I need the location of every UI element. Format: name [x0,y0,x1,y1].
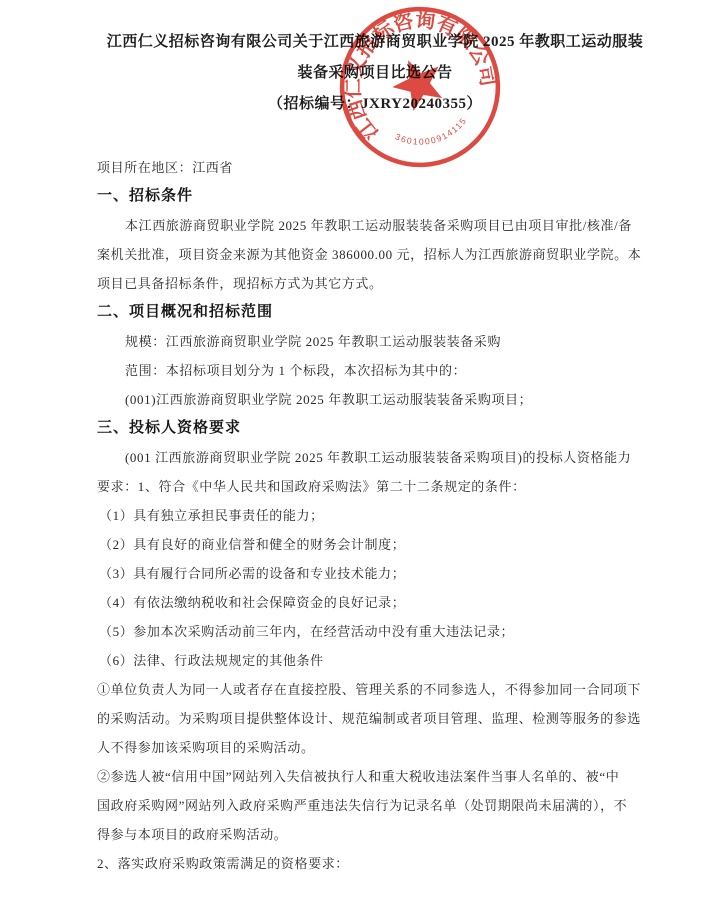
doc-line: 二、项目概况和招标范围 [97,298,653,327]
doc-line: （1）具有独立承担民事责任的能力； [97,501,653,530]
doc-line: ②参选人被“信用中国”网站列入失信被执行人和重大税收违法案件当事人名单的、被“中 [97,762,653,791]
doc-line: （6）法律、行政法规规定的其他条件 [97,646,653,675]
document-title-line-2: 装备采购项目比选公告 [97,58,653,89]
doc-line: 三、投标人资格要求 [97,414,653,443]
doc-line: （3）具有履行合同所必需的设备和专业技术能力； [97,559,653,588]
doc-line: 人不得参加该采购项目的采购活动。 [97,733,653,762]
doc-line: 一、招标条件 [97,182,653,211]
document-title: 江西仁义招标咨询有限公司关于江西旅游商贸职业学院 2025 年教职工运动服装 装… [97,27,653,120]
doc-line: 项目所在地区：江西省 [97,153,653,182]
doc-line: （4）有依法缴纳税收和社会保障资金的良好记录； [97,588,653,617]
doc-line: 得参与本项目的政府采购活动。 [97,820,653,849]
doc-line: 项目已具备招标条件，现招标方式为其它方式。 [97,269,653,298]
doc-line: 本江西旅游商贸职业学院 2025 年教职工运动服装装备采购项目已由项目审批/核准… [97,211,653,240]
doc-line: (001)江西旅游商贸职业学院 2025 年教职工运动服装装备采购项目； [97,385,653,414]
doc-lines: 项目所在地区：江西省一、招标条件本江西旅游商贸职业学院 2025 年教职工运动服… [97,153,653,878]
doc-line: 规模：江西旅游商贸职业学院 2025 年教职工运动服装装备采购 [97,327,653,356]
document-page: 江西仁义招标咨询有限公司关于江西旅游商贸职业学院 2025 年教职工运动服装 装… [0,0,726,899]
doc-line: 国政府采购网”网站列入政府采购严重违法失信行为记录名单（处罚期限尚未届满的），不 [97,791,653,820]
doc-line: ①单位负责人为同一人或者存在直接控股、管理关系的不同参选人，不得参加同一合同项下 [97,675,653,704]
doc-line: （5）参加本次采购活动前三年内，在经营活动中没有重大违法记录； [97,617,653,646]
doc-line: 范围：本招标项目划分为 1 个标段，本次招标为其中的： [97,356,653,385]
doc-line: 要求：1、符合《中华人民共和国政府采购法》第二十二条规定的条件： [97,472,653,501]
doc-line: (001 江西旅游商贸职业学院 2025 年教职工运动服装装备采购项目)的投标人… [97,443,653,472]
document-title-line-1: 江西仁义招标咨询有限公司关于江西旅游商贸职业学院 2025 年教职工运动服装 [97,27,653,58]
doc-line: 案机关批准，项目资金来源为其他资金 386000.00 元，招标人为江西旅游商贸… [97,240,653,269]
doc-line: 2、落实政府采购政策需满足的资格要求： [97,849,653,878]
doc-line: 的采购活动。为采购项目提供整体设计、规范编制或者项目管理、监理、检测等服务的参选 [97,704,653,733]
document-content: 江西仁义招标咨询有限公司关于江西旅游商贸职业学院 2025 年教职工运动服装 装… [97,27,653,878]
doc-line: （2）具有良好的商业信誉和健全的财务会计制度； [97,530,653,559]
tender-number-line: （招标编号：JXRY20240355） [97,89,653,120]
